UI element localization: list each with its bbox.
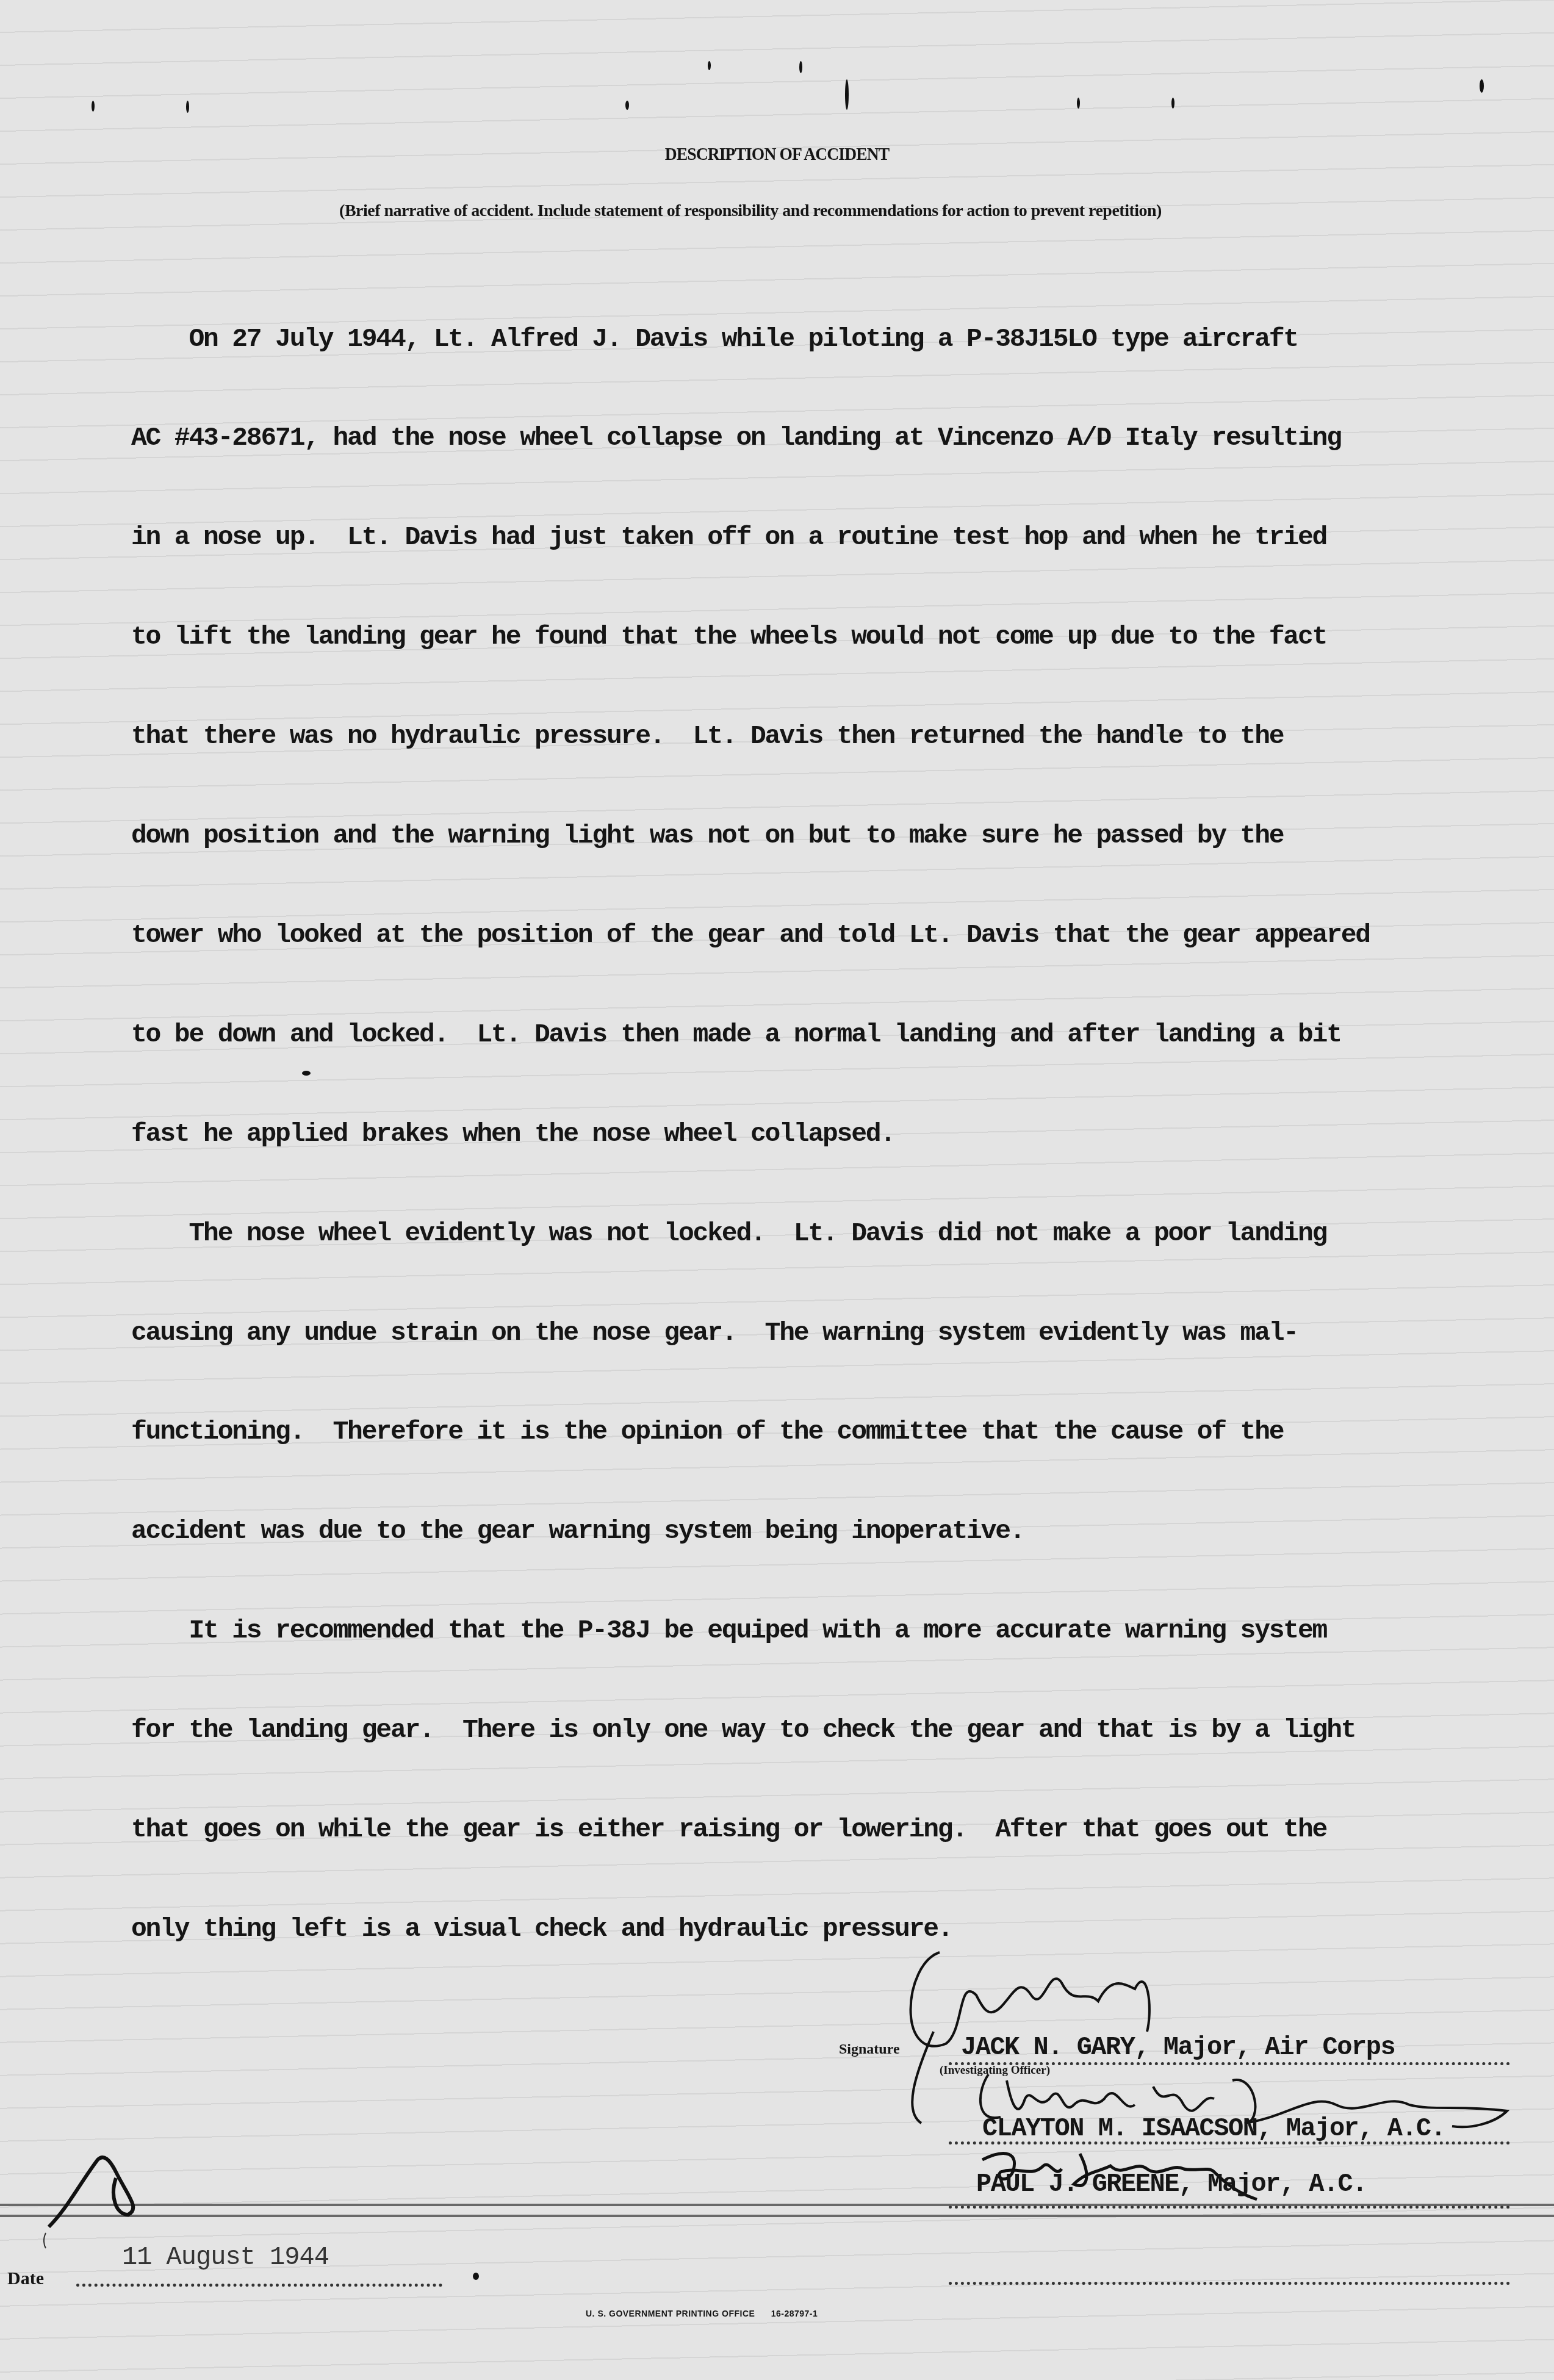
form-title: DESCRIPTION OF ACCIDENT <box>62 144 1492 165</box>
speck <box>473 2273 479 2280</box>
narrative-line: that there was no hydraulic pressure. Lt… <box>131 720 1547 753</box>
narrative-line: in a nose up. Lt. Davis had just taken o… <box>131 521 1547 554</box>
narrative-line: The nose wheel evidently was not locked.… <box>131 1217 1547 1250</box>
speck <box>1480 79 1484 93</box>
signatory-name-3: PAUL J. GREENE, Major, A.C. <box>976 2170 1367 2199</box>
narrative-line: On 27 July 1944, Lt. Alfred J. Davis whi… <box>131 323 1547 356</box>
speck <box>625 101 629 110</box>
narrative-line: functioning. Therefore it is the opinion… <box>131 1415 1547 1448</box>
speck <box>1077 98 1080 109</box>
speck <box>186 101 189 113</box>
narrative-line: only thing left is a visual check and hy… <box>131 1913 1547 1946</box>
speck <box>92 101 95 112</box>
date-value: 11 August 1944 <box>122 2243 329 2272</box>
form-divider <box>0 2215 1554 2217</box>
narrative-line: It is recommended that the P-38J be equi… <box>131 1614 1547 1647</box>
accident-narrative: On 27 July 1944, Lt. Alfred J. Davis whi… <box>131 256 1547 1979</box>
narrative-line: tower who looked at the position of the … <box>131 919 1547 952</box>
narrative-line: that goes on while the gear is either ra… <box>131 1813 1547 1846</box>
form-instructions: (Brief narrative of accident. Include st… <box>116 201 1385 221</box>
narrative-line: to lift the landing gear he found that t… <box>131 620 1547 653</box>
speck <box>1171 98 1174 109</box>
handwritten-mark <box>37 2148 146 2245</box>
speck <box>799 61 802 73</box>
signature-label: Signature <box>839 2041 900 2058</box>
date-line <box>76 2284 442 2287</box>
narrative-line: fast he applied brakes when the nose whe… <box>131 1118 1547 1151</box>
narrative-line: down position and the warning light was … <box>131 819 1547 852</box>
right-date-line <box>949 2282 1510 2285</box>
speck <box>708 61 711 70</box>
narrative-line: AC #43-28671, had the nose wheel collaps… <box>131 422 1547 455</box>
narrative-line: accident was due to the gear warning sys… <box>131 1515 1547 1548</box>
printing-office-footer: U. S. GOVERNMENT PRINTING OFFICE 16-2879… <box>586 2309 818 2318</box>
narrative-line: causing any undue strain on the nose gea… <box>131 1317 1547 1350</box>
narrative-line: for the landing gear. There is only one … <box>131 1714 1547 1747</box>
date-label: Date <box>7 2268 44 2289</box>
narrative-line: to be down and locked. Lt. Davis then ma… <box>131 1018 1547 1051</box>
form-divider <box>0 2204 1554 2206</box>
speck <box>845 79 849 110</box>
